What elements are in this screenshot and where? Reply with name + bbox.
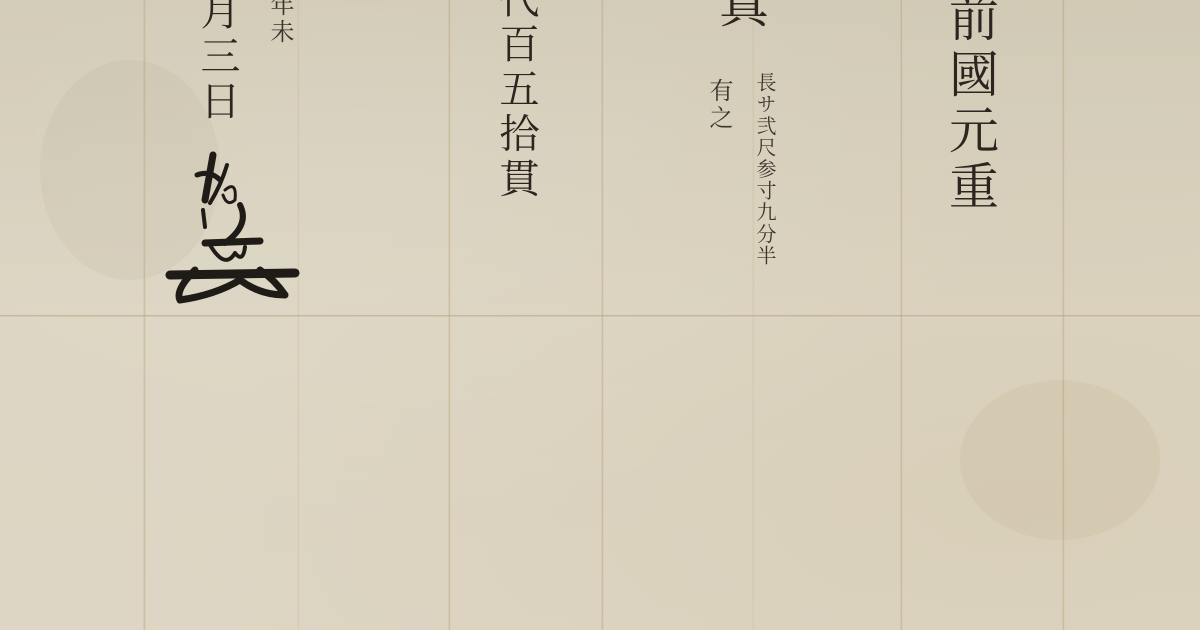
fold-line-horizontal: [0, 315, 1200, 318]
paper-stain: [960, 380, 1160, 540]
document-paper: 前國元重 真 有之 長サ弐尺参寸九分半 代百五拾貫 年未 月三日: [0, 0, 1200, 630]
attribution-text: 前國元重: [945, 0, 995, 216]
valuation-text: 代百五拾貫: [496, 0, 536, 202]
signature-kao-icon: [165, 145, 305, 310]
authenticity-text: 真: [715, 0, 765, 34]
date-text: 月三日: [197, 0, 237, 124]
remark-text: 有之: [707, 78, 731, 132]
year-text: 年未: [268, 0, 292, 46]
length-text: 長サ弐尺参寸九分半: [755, 72, 775, 266]
